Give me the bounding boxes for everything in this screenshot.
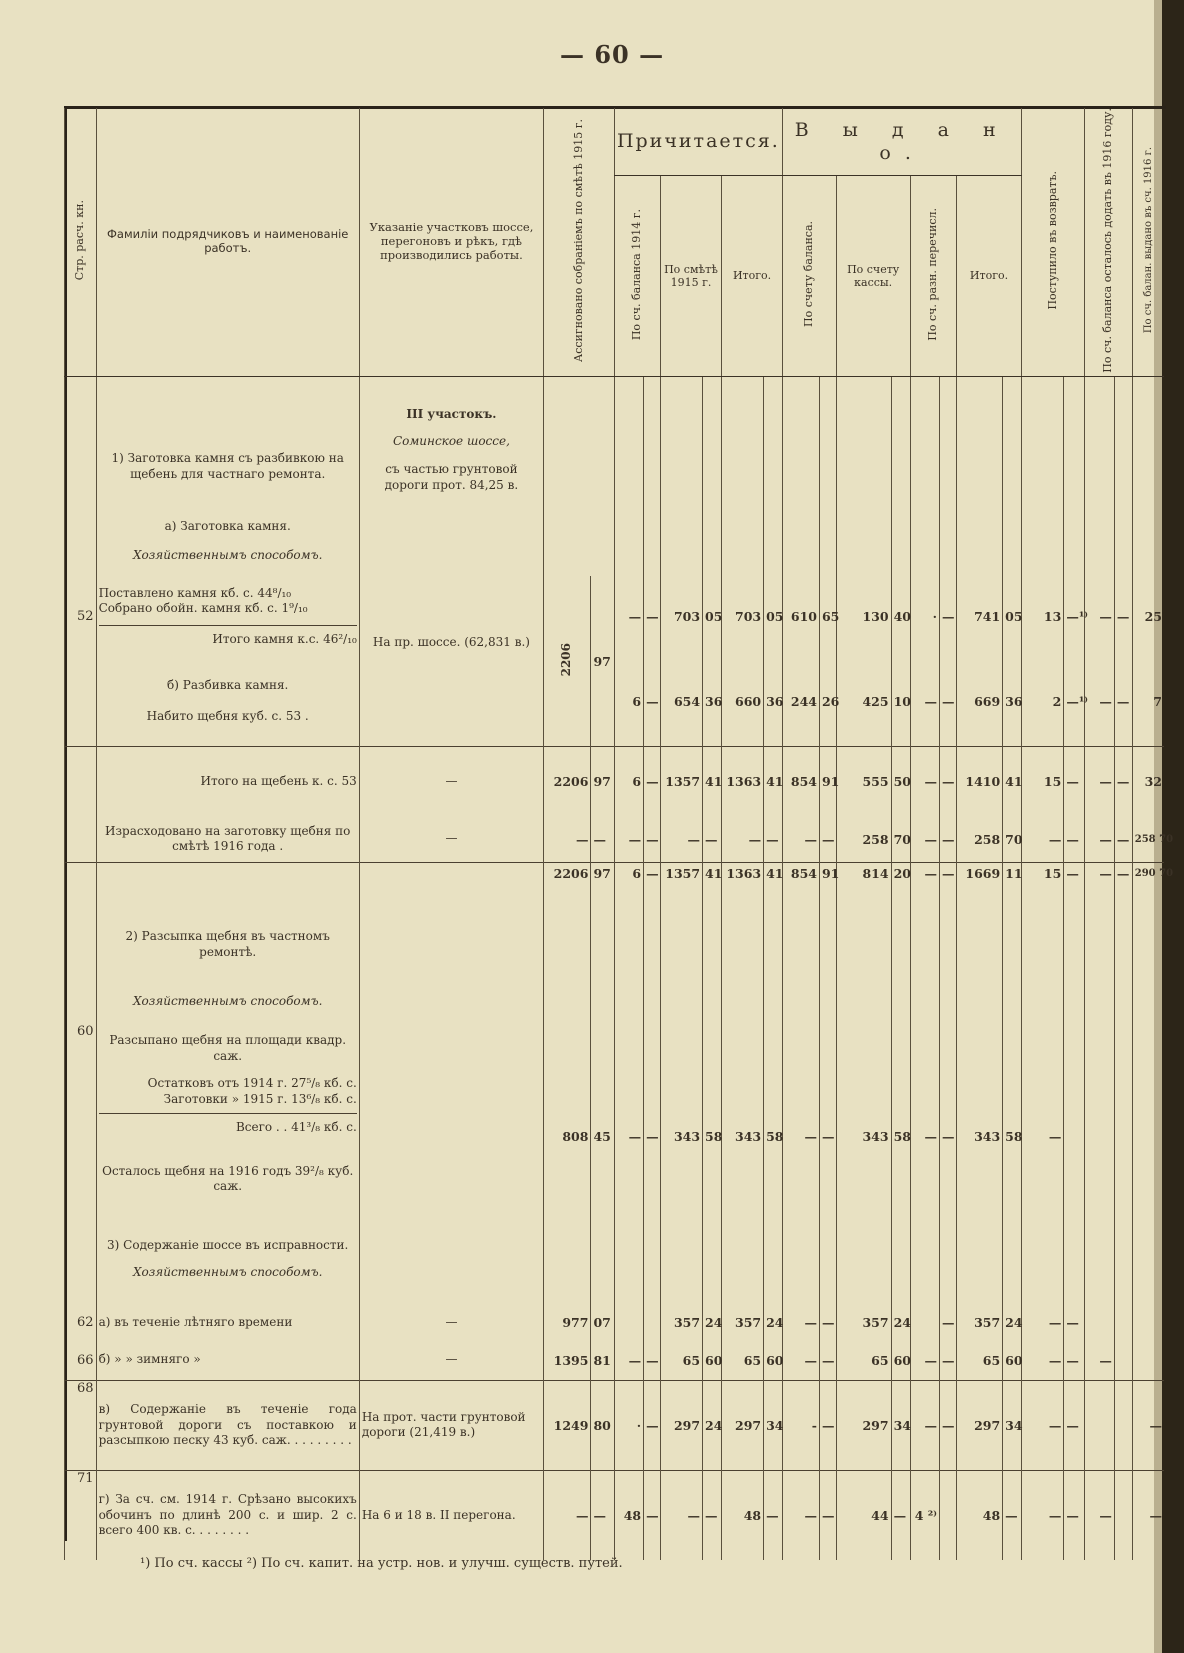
row-location: III участокъ. Соминское шоссе, съ частью… xyxy=(359,376,543,506)
ledger-table: Стр. расч. кн. Фамиліи подрядчиковъ и на… xyxy=(64,108,1164,1560)
header-group-issued: В ы д а н о. xyxy=(783,108,1022,176)
header-issued-total: Итого. xyxy=(956,176,1021,377)
row-location: — xyxy=(359,1304,543,1340)
row-location: На прот. части грунтовой дороги (21,419 … xyxy=(359,1380,543,1470)
table-row: 2) Разсыпка щебня въ частномъ ремонтѣ. Х… xyxy=(65,884,1165,1024)
row-description: а) въ теченіе лѣтняго времени xyxy=(96,1304,359,1340)
footnote: ¹) По сч. кассы ²) По сч. капит. на устр… xyxy=(140,1556,623,1571)
row-assigned-kop: 97 xyxy=(591,576,614,746)
row-location: На 6 и 18 в. II перегона. xyxy=(359,1470,543,1560)
header-due-total: Итого. xyxy=(722,176,783,377)
ledger-table-wrapper: Стр. расч. кн. Фамиліи подрядчиковъ и на… xyxy=(64,108,1164,1560)
row-description: Итого на щебень к. с. 53 xyxy=(96,746,359,816)
row-description: б) Разбивка камня. Набито щебня куб. с. … xyxy=(96,656,359,746)
book-spine xyxy=(1162,0,1184,1653)
header-due-balance-1914: По сч. баланса 1914 г. xyxy=(614,176,660,377)
table-row: Итого на щебень к. с. 53 — 220697 6— 135… xyxy=(65,746,1165,816)
row-location: — xyxy=(359,816,543,862)
row-page-ref: 71 xyxy=(65,1470,97,1560)
table-row: б) Разбивка камня. Набито щебня куб. с. … xyxy=(65,656,1165,746)
row-description: Разсыпано щебня на площади квадр. саж. О… xyxy=(96,1024,359,1144)
header-issued-1916: По сч. балан. выдано въ сч. 1916 г. xyxy=(1132,108,1164,376)
row-page-ref: 66 xyxy=(65,1340,97,1380)
table-row: 52 Поставлено камня кб. с. 44⁸/₁₀ Собран… xyxy=(65,576,1165,656)
row-description: а) Заготовка камня. Хозяйственнымъ спосо… xyxy=(96,506,359,576)
row-location: — xyxy=(359,1340,543,1380)
header-issued-balance: По счету баланса. xyxy=(783,176,837,377)
row-description: Израсходовано на заготовку щебня по смѣт… xyxy=(96,816,359,862)
header-due-estimate-1915: По смѣтѣ 1915 г. xyxy=(660,176,721,377)
row-page-ref: 52 xyxy=(65,576,97,656)
table-row: а) Заготовка камня. Хозяйственнымъ спосо… xyxy=(65,506,1165,576)
row-location: — xyxy=(359,746,543,816)
row-description: 3) Содержаніе шоссе въ исправности. Хозя… xyxy=(96,1214,359,1304)
table-row: 1) Заготовка камня съ разбивкою на щебен… xyxy=(65,376,1165,506)
header-page-ref: Стр. расч. кн. xyxy=(65,108,97,376)
table-row: 68 в) Содержаніе въ теченіе года грунтов… xyxy=(65,1380,1165,1470)
page-number: — 60 — xyxy=(560,40,664,69)
row-description: г) За сч. см. 1914 г. Срѣзано высокихъ о… xyxy=(96,1470,359,1560)
row-description: 1) Заготовка камня съ разбивкою на щебен… xyxy=(96,376,359,506)
table-row: Израсходовано на заготовку щебня по смѣт… xyxy=(65,816,1165,862)
row-location: На пр. шоссе. (62,831 в.) xyxy=(359,576,543,656)
row-description: Осталось щебня на 1916 годъ 39²/₈ куб. с… xyxy=(96,1144,359,1214)
row-page-ref: 62 xyxy=(65,1304,97,1340)
table-row-total: 220697 6— 135741 136341 85491 81420 —— 1… xyxy=(65,862,1165,884)
table-row: 60 Разсыпано щебня на площади квадр. саж… xyxy=(65,1024,1165,1144)
table-row: Осталось щебня на 1916 годъ 39²/₈ куб. с… xyxy=(65,1144,1165,1214)
row-description: б) » » зимняго » xyxy=(96,1340,359,1380)
row-assigned: 2206 xyxy=(544,576,591,746)
header-name: Фамиліи подрядчиковъ и наименованіе рабо… xyxy=(96,108,359,376)
header-group-due: Причитается. xyxy=(614,108,783,176)
header-issued-cash: По счету кассы. xyxy=(836,176,910,377)
table-row: 62 а) въ теченіе лѣтняго времени — 97707… xyxy=(65,1304,1165,1340)
header-remaining-balance: По сч. баланса осталось додать въ 1916 г… xyxy=(1085,108,1132,376)
table-row: 3) Содержаніе шоссе въ исправности. Хозя… xyxy=(65,1214,1165,1304)
row-description: Поставлено камня кб. с. 44⁸/₁₀ Собрано о… xyxy=(96,576,359,656)
header-returned: Поступило въ возвратъ. xyxy=(1022,108,1085,376)
header-location: Указаніе участковъ шоссе, перегоновъ и р… xyxy=(359,108,543,376)
row-description: в) Содержаніе въ теченіе года грунтовой … xyxy=(96,1380,359,1470)
header-assigned: Ассигновано собраніемъ по смѣтѣ 1915 г. xyxy=(544,108,615,376)
table-row: 71 г) За сч. см. 1914 г. Срѣзано высоких… xyxy=(65,1470,1165,1560)
row-page-ref: 68 xyxy=(65,1380,97,1470)
row-page-ref: 60 xyxy=(65,1024,97,1144)
row-description: 2) Разсыпка щебня въ частномъ ремонтѣ. Х… xyxy=(96,884,359,1024)
header-issued-transfers: По сч. разн. перечисл. xyxy=(910,176,956,377)
table-row: 66 б) » » зимняго » — 139581 —— 6560 656… xyxy=(65,1340,1165,1380)
